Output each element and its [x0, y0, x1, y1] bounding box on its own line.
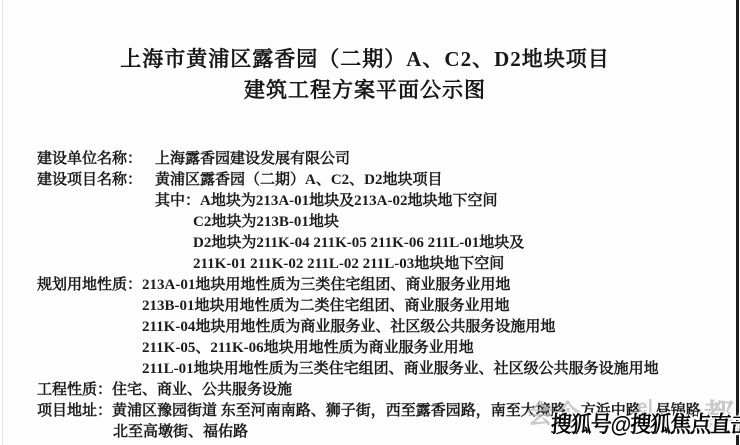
planning-line: 211K-04地块用地性质为商业服务业、社区级公共服务设施用地: [37, 317, 733, 338]
project-detail-line: D2地块为211K-04 211K-05 211K-06 211L-01地块及: [37, 233, 733, 254]
field-construction-unit: 建设单位名称：上海露香园建设发展有限公司: [37, 149, 733, 170]
project-detail-line: C2地块为213B-01地块: [37, 212, 733, 233]
document-page: 上海市黄浦区露香园（二期）A、C2、D2地块项目 建筑工程方案平面公示图 建设单…: [0, 0, 740, 445]
page-title: 上海市黄浦区露香园（二期）A、C2、D2地块项目 建筑工程方案平面公示图: [0, 44, 730, 106]
sohu-watermark: 搜狐号@搜狐焦点直击站: [550, 407, 740, 439]
project-detail-line: 其中：A地块为213A-01地块及213A-02地块地下空间: [37, 191, 733, 212]
planning-line: 211K-05、211K-06地块用地性质为商业服务业用地: [37, 338, 733, 359]
page-title-line2: 建筑工程方案平面公示图: [0, 75, 730, 106]
planning-label: 规划用地性质：: [37, 275, 142, 296]
engineering-nature-label: 工程性质：: [37, 382, 112, 398]
field-engineering-nature: 工程性质：住宅、商业、公共服务设施: [37, 380, 733, 401]
planning-line: 211L-01地块用地性质为三类住宅组团、商业服务业、社区级公共服务设施用地: [37, 359, 733, 380]
construction-unit-value: 上海露香园建设发展有限公司: [155, 151, 350, 167]
address-label: 项目地址：: [37, 403, 112, 419]
project-info-block: 建设单位名称：上海露香园建设发展有限公司 建设项目名称：黄浦区露香园（二期）A、…: [37, 149, 733, 443]
planning-line: 213B-01地块用地性质为二类住宅组团、商业服务业用地: [37, 296, 733, 317]
project-name-label: 建设项目名称：: [37, 170, 155, 191]
page-title-line1: 上海市黄浦区露香园（二期）A、C2、D2地块项目: [0, 44, 730, 75]
field-planning: 规划用地性质：213A-01地块用地性质为三类住宅组团、商业服务业用地: [37, 275, 733, 296]
project-detail-line: 211K-01 211K-02 211L-02 211L-03地块地下空间: [37, 254, 733, 275]
field-project-name: 建设项目名称：黄浦区露香园（二期）A、C2、D2地块项目: [37, 170, 733, 191]
page-right-edge-line: [736, 0, 739, 445]
construction-unit-label: 建设单位名称：: [37, 149, 155, 170]
engineering-nature-value: 住宅、商业、公共服务设施: [112, 382, 292, 398]
project-name-value: 黄浦区露香园（二期）A、C2、D2地块项目: [155, 172, 443, 188]
planning-line: 213A-01地块用地性质为三类住宅组团、商业服务业用地: [142, 277, 510, 293]
